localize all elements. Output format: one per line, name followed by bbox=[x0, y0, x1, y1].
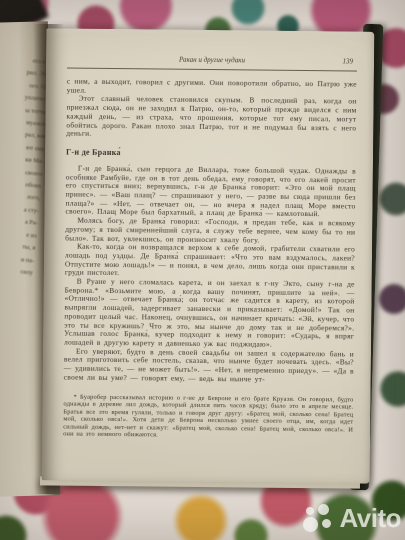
page-number: 139 bbox=[343, 57, 354, 65]
right-book-page: Ракан и другие чудаки 139 с ним, а выход… bbox=[42, 28, 375, 483]
paragraph: Его уверяют, будто в день своей свадьбы … bbox=[64, 347, 354, 385]
paragraph: В Руане у него сломалась карета, и он за… bbox=[64, 278, 355, 351]
paragraph: Этот славный человек становился скупым. … bbox=[66, 95, 356, 142]
marketplace-photo: его глу- рил. Этот ого. Од- уплатили ы т… bbox=[0, 0, 405, 540]
paragraph: Как-то, когда он возвращался верхом к се… bbox=[65, 243, 355, 281]
avito-watermark: Avito bbox=[303, 503, 401, 534]
section-heading: Г-н де Бранка́ bbox=[66, 147, 356, 159]
paragraph: Г-н де Бранка́, сын герцога де Виллара, … bbox=[65, 164, 356, 219]
running-head-title: Ракан и другие чудаки bbox=[67, 55, 357, 66]
watermark-label: Avito bbox=[339, 503, 401, 534]
avito-logo-icon bbox=[303, 504, 336, 533]
page-content: Ракан и другие чудаки 139 с ним, а выход… bbox=[42, 28, 375, 483]
running-head: Ракан и другие чудаки 139 bbox=[67, 55, 357, 72]
footnote: * Буаробер рассказывал историю о г-не де… bbox=[63, 393, 353, 441]
